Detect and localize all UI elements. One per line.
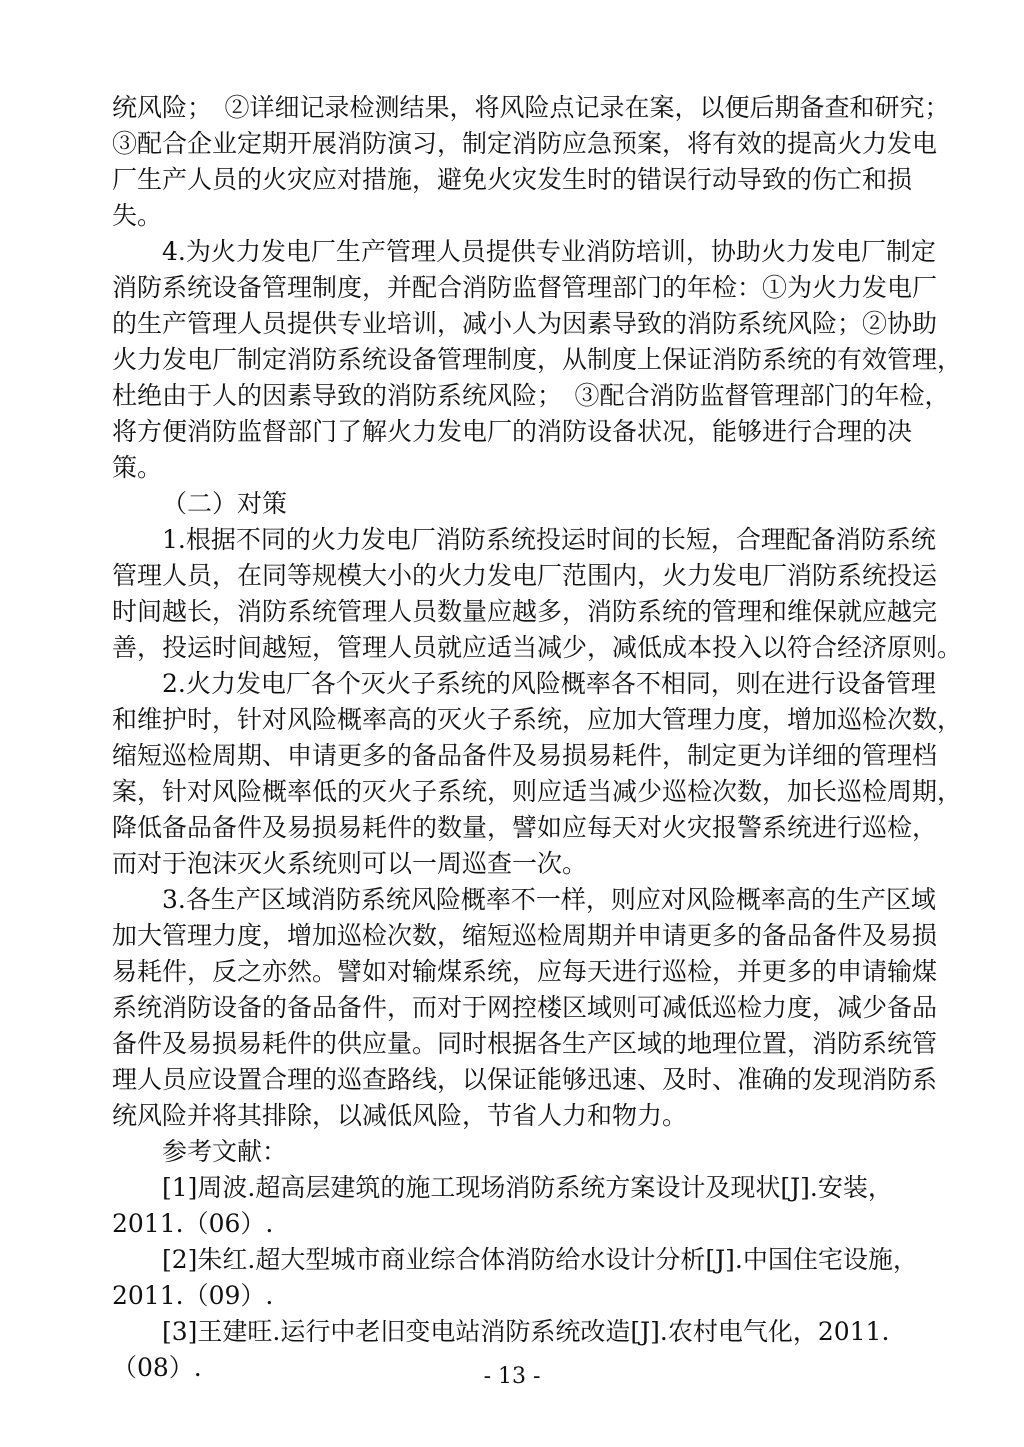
text-line: 易耗件，反之亦然。譬如对输煤系统，应每天进行巡检，并更多的申请输煤 [112, 954, 912, 990]
text-line: 2011.（09）. [112, 1278, 912, 1314]
text-line: 加大管理力度，增加巡检次数，缩短巡检周期并申请更多的备品备件及易损 [112, 918, 912, 954]
text-line: 2.火力发电厂各个灭火子系统的风险概率各不相同，则在进行设备管理 [112, 666, 912, 702]
text-line: 和维护时，针对风险概率高的灭火子系统，应加大管理力度，增加巡检次数， [112, 702, 912, 738]
text-line: 失。 [112, 198, 912, 234]
text-line: 消防系统设备管理制度，并配合消防监督管理部门的年检：①为火力发电厂 [112, 270, 912, 306]
page-number: - 13 - [0, 1364, 1024, 1389]
text-line: 1.根据不同的火力发电厂消防系统投运时间的长短，合理配备消防系统 [112, 522, 912, 558]
text-line: 统风险并将其排除，以减低风险，节省人力和物力。 [112, 1098, 912, 1134]
text-line: 降低备品备件及易损易耗件的数量，譬如应每天对火灾报警系统进行巡检， [112, 810, 912, 846]
body-text: 统风险； ②详细记录检测结果，将风险点记录在案，以便后期备查和研究；③配合企业定… [112, 90, 912, 1386]
text-line: 3.各生产区域消防系统风险概率不一样，则应对风险概率高的生产区域 [112, 882, 912, 918]
text-line: 案，针对风险概率低的灭火子系统，则应适当减少巡检次数，加长巡检周期， [112, 774, 912, 810]
text-line: 统风险； ②详细记录检测结果，将风险点记录在案，以便后期备查和研究； [112, 90, 912, 126]
text-line: （二）对策 [112, 486, 912, 522]
text-line: 的生产管理人员提供专业培训，减小人为因素导致的消防系统风险；②协助 [112, 306, 912, 342]
text-line: 系统消防设备的备品备件，而对于网控楼区域则可减低巡检力度，减少备品 [112, 990, 912, 1026]
text-line: 将方便消防监督部门了解火力发电厂的消防设备状况，能够进行合理的决 [112, 414, 912, 450]
text-line: 而对于泡沫灭火系统则可以一周巡查一次。 [112, 846, 912, 882]
text-line: 参考文献： [112, 1134, 912, 1170]
text-line: [2]朱红.超大型城市商业综合体消防给水设计分析[J].中国住宅设施， [112, 1242, 912, 1278]
text-line: [1]周波.超高层建筑的施工现场消防系统方案设计及现状[J].安装， [112, 1170, 912, 1206]
text-line: [3]王建旺.运行中老旧变电站消防系统改造[J].农村电气化，2011. [112, 1314, 912, 1350]
text-line: 理人员应设置合理的巡查路线，以保证能够迅速、及时、准确的发现消防系 [112, 1062, 912, 1098]
text-line: 善，投运时间越短，管理人员就应适当减少，减低成本投入以符合经济原则。 [112, 630, 912, 666]
text-line: 缩短巡检周期、申请更多的备品备件及易损易耗件，制定更为详细的管理档 [112, 738, 912, 774]
text-line: 4.为火力发电厂生产管理人员提供专业消防培训，协助火力发电厂制定 [112, 234, 912, 270]
text-line: ③配合企业定期开展消防演习，制定消防应急预案，将有效的提高火力发电 [112, 126, 912, 162]
text-line: 策。 [112, 450, 912, 486]
document-page: 统风险； ②详细记录检测结果，将风险点记录在案，以便后期备查和研究；③配合企业定… [0, 0, 1024, 1447]
text-line: 时间越长，消防系统管理人员数量应越多，消防系统的管理和维保就应越完 [112, 594, 912, 630]
text-line: 备件及易损易耗件的供应量。同时根据各生产区域的地理位置，消防系统管 [112, 1026, 912, 1062]
text-line: 火力发电厂制定消防系统设备管理制度，从制度上保证消防系统的有效管理， [112, 342, 912, 378]
text-line: 管理人员，在同等规模大小的火力发电厂范围内，火力发电厂消防系统投运 [112, 558, 912, 594]
text-line: 2011.（06）. [112, 1206, 912, 1242]
text-line: 厂生产人员的火灾应对措施，避免火灾发生时的错误行动导致的伤亡和损 [112, 162, 912, 198]
text-line: 杜绝由于人的因素导致的消防系统风险； ③配合消防监督管理部门的年检， [112, 378, 912, 414]
